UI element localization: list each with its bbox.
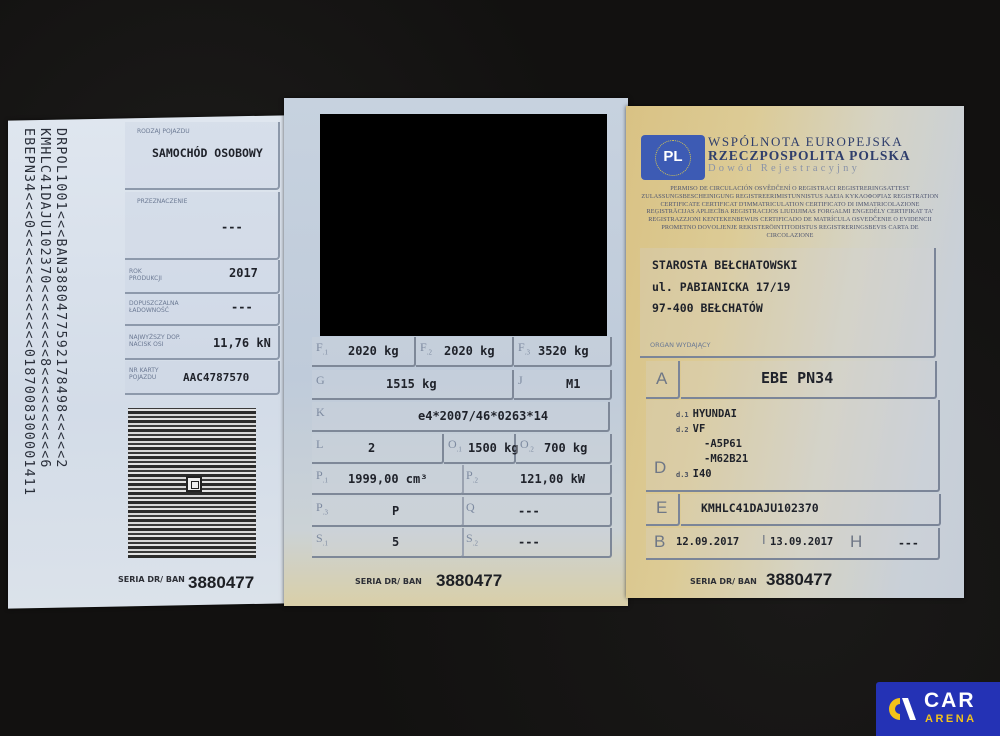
- field-k: Ke4*2007/46*0263*14: [312, 402, 610, 432]
- field-o-1: O.11500 kg: [444, 434, 516, 464]
- field-p-1: P.11999,00 cm³: [312, 465, 464, 495]
- field-f-3: F.33520 kg: [514, 337, 612, 367]
- field-code: F.1: [316, 340, 328, 356]
- field-value: P: [392, 504, 399, 518]
- field-value: M1: [566, 377, 580, 391]
- make-model-box: D d.1HYUNDAId.2VF-A5P61-M62B21d.3I40: [646, 400, 940, 492]
- header-document-name: Dowód Rejestracyjny: [708, 163, 860, 174]
- field-q: Q---: [462, 497, 612, 527]
- field-value: ---: [518, 504, 540, 518]
- mrz-line: EBEPN34<<<0<<<<<<<<<<<<<0187008300001411: [21, 128, 36, 568]
- multilingual-title: Permiso de circulación Osvědčení o regis…: [640, 185, 940, 240]
- field-s-2: S.2---: [462, 528, 612, 558]
- field-code: J: [518, 373, 523, 388]
- field-value: 1500 kg: [468, 441, 519, 455]
- field-code: P.1: [316, 468, 328, 484]
- field-g: G1515 kg: [312, 370, 514, 400]
- field-code: K: [316, 405, 325, 420]
- field-code: G: [316, 373, 325, 388]
- field-value: 3520 kg: [538, 344, 589, 358]
- field-production-year: Rok produkcji 2017: [125, 260, 280, 294]
- field-value: 2: [368, 441, 375, 455]
- seria-label: SERIA DR/ BAN: [690, 577, 757, 586]
- field-code: P.3: [316, 500, 328, 516]
- field-code: S.1: [316, 531, 328, 547]
- make-model-line: d.2VF: [676, 423, 705, 435]
- seria-number: 3880477: [188, 573, 254, 593]
- field-code: F.2: [420, 340, 432, 356]
- make-model-line: -A5P61: [704, 438, 742, 450]
- field-purpose: Przeznaczenie ---: [125, 192, 280, 260]
- make-model-line: d.3I40: [676, 468, 712, 480]
- field-value: e4*2007/46*0263*14: [418, 409, 548, 423]
- registration-date: 13.09.2017: [770, 536, 833, 548]
- make-model-line: -M62B21: [704, 453, 748, 465]
- seria-number: 3880477: [766, 570, 832, 590]
- field-code: F.3: [518, 340, 530, 356]
- mrz-zone: DRPOL1001<<<BAN3880477592178498<<<<<2 KM…: [16, 128, 72, 568]
- field-axle-load: Najwyższy dop. nacisk osi 11,76 kN: [125, 326, 280, 360]
- field-l: L2: [312, 434, 444, 464]
- seria-number: 3880477: [436, 571, 502, 591]
- field-value: 2020 kg: [348, 344, 399, 358]
- first-registration-date: 12.09.2017: [676, 536, 739, 548]
- field-o-2: O.2700 kg: [516, 434, 612, 464]
- field-code: S.2: [466, 531, 478, 547]
- eu-flag-icon: PL: [641, 135, 705, 180]
- field-value: 2020 kg: [444, 344, 495, 358]
- code-box-a: A: [646, 361, 680, 399]
- car-arena-mark-icon: [886, 694, 916, 724]
- registration-number-box: EBE PN34: [681, 361, 937, 399]
- field-value: 1515 kg: [386, 377, 437, 391]
- make-model-line: d.1HYUNDAI: [676, 408, 737, 420]
- code-box-e: E: [646, 494, 680, 526]
- field-value: 700 kg: [544, 441, 587, 455]
- car-arena-logo: CAR ARENA: [876, 682, 1000, 736]
- redacted-area: [320, 114, 607, 336]
- field-f-2: F.22020 kg: [416, 337, 514, 367]
- field-value: 121,00 kW: [520, 472, 585, 486]
- field-value: 1999,00 cm³: [348, 472, 427, 486]
- field-p-2: P.2121,00 kW: [462, 465, 612, 495]
- field-value: 5: [392, 535, 399, 549]
- field-vehicle-card: Nr karty pojazdu AAC4787570: [125, 361, 280, 395]
- seria-label: SERIA DR/ BAN: [118, 575, 185, 584]
- field-code: L: [316, 437, 323, 452]
- vin-number: KMHLC41DAJU102370: [701, 501, 819, 515]
- field-code: O.1: [448, 437, 462, 453]
- field-code: P.2: [466, 468, 478, 484]
- field-j: JM1: [514, 370, 612, 400]
- field-s-1: S.15: [312, 528, 464, 558]
- vin-box: KMHLC41DAJU102370: [681, 494, 941, 526]
- field-load-capacity: Dopuszczalna ładowność ---: [125, 294, 280, 326]
- aztec-barcode: [128, 408, 256, 558]
- registration-number: EBE PN34: [761, 369, 833, 387]
- field-f-1: F.12020 kg: [312, 337, 416, 367]
- mrz-line: KMHLC41DAJU102370<<<<<<<<8<<<<<<<<<<6: [37, 128, 52, 568]
- field-code: Q: [466, 500, 475, 515]
- barcode-finder: [186, 476, 202, 492]
- field-value: ---: [518, 535, 540, 549]
- seria-label: SERIA DR/ BAN: [355, 577, 422, 586]
- mrz-line: DRPOL1001<<<BAN3880477592178498<<<<<2: [53, 128, 68, 568]
- issuer-box: STAROSTA BEŁCHATOWSKI ul. PABIANICKA 17/…: [640, 248, 936, 358]
- field-code: O.2: [520, 437, 534, 453]
- header-country: RZECZPOSPOLITA POLSKA: [708, 148, 911, 164]
- field-vehicle-type: Rodzaj pojazdu SAMOCHÓD OSOBOWY: [125, 122, 280, 190]
- field-p-3: P.3P: [312, 497, 464, 527]
- dates-box: B 12.09.2017 I 13.09.2017 H ---: [646, 528, 940, 560]
